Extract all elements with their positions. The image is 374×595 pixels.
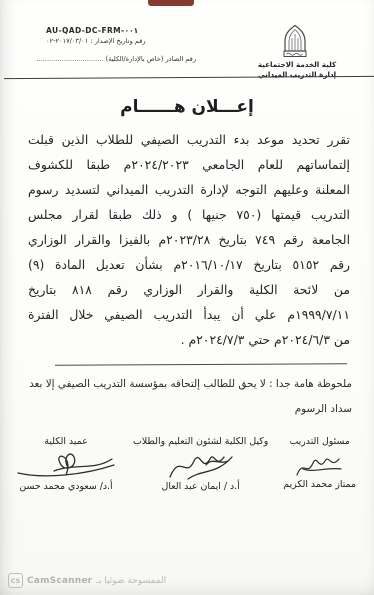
signature-block-dean: عميد الكلية أ.د/ سعودي محمد حسن <box>14 436 118 492</box>
signature-name: أ.د/ سعودي محمد حسن <box>19 481 112 492</box>
note-line: ملحوظة هامة جدا : لا يحق للطالب إلتحاقه … <box>20 372 352 397</box>
signature-icon <box>14 449 118 485</box>
binding-edge <box>148 0 194 6</box>
issue-date-value: ٢٠١٧/٠٣/٠١-٠٢ <box>46 37 88 45</box>
signature-title: مسئول التدريب <box>289 436 349 447</box>
outgoing-number-line: رقم الصادر (خاص بالإدارة/الكلية) .......… <box>46 55 196 63</box>
camscanner-watermark: CS CamScanner الممسوحة ضوئيا بـ <box>8 573 166 588</box>
body-line: إلتماساتهم للعام الجامعي ٢٠٢٤/٢٠٢٣م طبقا… <box>28 152 350 177</box>
body-line: رقم ٥١٥٢ بتاريخ ٢٠١٦/١٠/١٧م بشأن تعديل ا… <box>28 252 350 277</box>
watermark-scanned-text: الممسوحة ضوئيا بـ <box>96 576 166 586</box>
outgoing-number-label: رقم الصادر (خاص بالإدارة/الكلية) <box>106 55 196 63</box>
note-block: ملحوظة هامة جدا : لا يحق للطالب إلتحاقه … <box>20 372 352 422</box>
college-name: كلية الخدمة الاجتماعية <box>248 60 346 70</box>
body-line: التدريب قيمتها (٧٥٠ جنيها ) و ذلك طبقا ل… <box>28 202 350 227</box>
form-meta-block: AU-QAD-DC-FRM-٠٠١ رقم وتاريخ الإصدار : ٢… <box>46 26 196 63</box>
signature-row: مسئول التدريب ممتاز محمد الكريم وكيل الك… <box>14 436 356 492</box>
signature-block-vice-dean: وكيل الكلية لشئون التعليم والطلاب أ.د / … <box>133 436 268 492</box>
signature-name: أ.د / ايمان عبد العال <box>162 481 240 492</box>
body-line: الجامعة رقم ٧٤٩ بتاريخ ٢٠٢٣/٢٨م بالفيزا … <box>28 227 350 252</box>
issue-date-label: رقم وتاريخ الإصدار : <box>90 37 145 45</box>
form-code: AU-QAD-DC-FRM-٠٠١ <box>46 26 196 35</box>
outgoing-number-dots: ................................ <box>36 55 103 63</box>
body-line: من لائحة الكلية والقرار الوزاري رقم ٨١٨ … <box>28 277 350 302</box>
announcement-body: تقرر تحديد موعد بدء التدريب الصيفي للطلا… <box>28 127 350 352</box>
department-name: إدارة التدريب الميداني <box>248 70 346 80</box>
issue-date-line: رقم وتاريخ الإصدار : ٢٠١٧/٠٣/٠١-٠٢ <box>46 37 196 45</box>
signature-name: ممتاز محمد الكريم <box>283 479 356 490</box>
camscanner-brand: CamScanner <box>27 576 92 586</box>
body-line: تقرر تحديد موعد بدء التدريب الصيفي للطلا… <box>28 127 350 152</box>
signature-title: عميد الكلية <box>44 436 87 447</box>
page-title: إعـــلان هــــــام <box>0 97 374 117</box>
university-logo-icon <box>281 24 309 62</box>
camscanner-badge-icon: CS <box>8 573 23 588</box>
body-line: من ٢٠٢٤/٦/٣م حتي ٢٠٢٤/٧/٣م . <box>28 327 350 352</box>
body-line: ١٩٩٩/٧/١١م علي أن يبدأ التدريب الصيفي خل… <box>28 302 350 327</box>
note-line: سداد الرسوم <box>20 397 352 422</box>
scanned-announcement-page: AU-QAD-DC-FRM-٠٠١ رقم وتاريخ الإصدار : ٢… <box>0 0 374 595</box>
signature-icon <box>289 449 351 483</box>
signature-block-training-officer: مسئول التدريب ممتاز محمد الكريم <box>283 436 356 490</box>
signature-icon <box>158 449 244 485</box>
body-line: المعلنة وعليهم التوجه لإدارة التدريب الم… <box>28 177 350 202</box>
note-divider <box>55 363 347 366</box>
signature-title: وكيل الكلية لشئون التعليم والطلاب <box>133 436 268 447</box>
